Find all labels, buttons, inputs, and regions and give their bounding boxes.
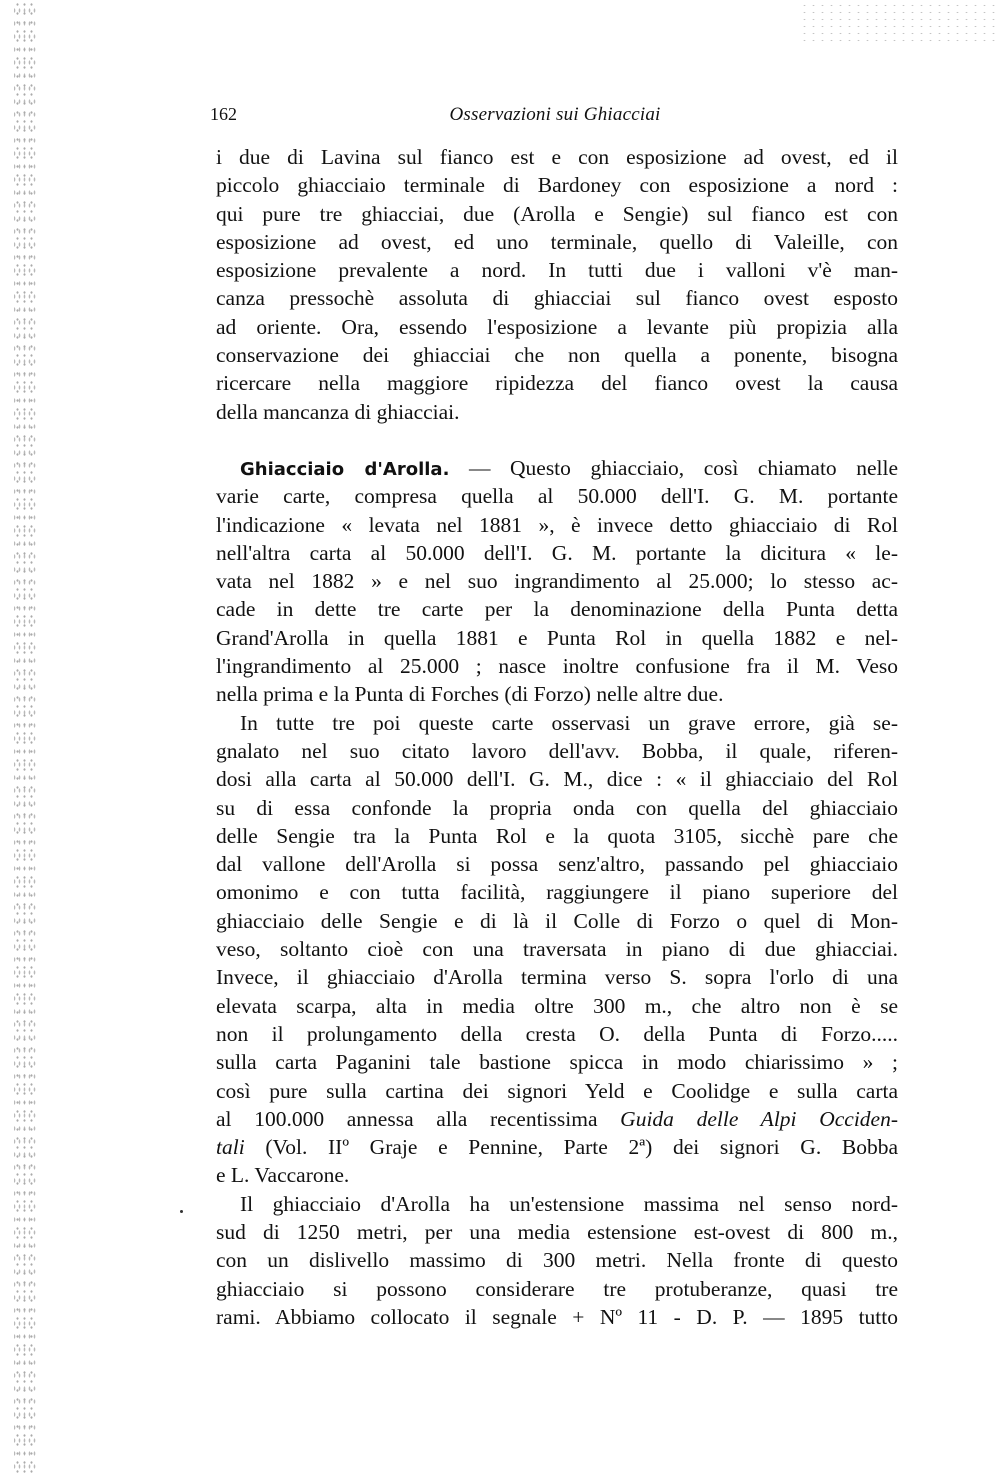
text-line: Invece, il ghiacciaio d'Arolla termina v… (216, 963, 898, 991)
scan-speck (180, 1210, 183, 1213)
text-line: al 100.000 annessa alla recentissima Gui… (216, 1105, 898, 1133)
scan-binding-noise (14, 0, 36, 1475)
text-run: al 100.000 annessa alla recentissima (216, 1107, 620, 1131)
text-line: sud di 1250 metri, per una media estensi… (216, 1218, 898, 1246)
text-line: della mancanza di ghiacciai. (216, 398, 898, 426)
paragraph-lavina: i due di Lavina sul fianco est e con esp… (216, 143, 898, 426)
section-gap (216, 426, 898, 454)
text-line: conservazione dei ghiacciai che non quel… (216, 341, 898, 369)
text-line: piccolo ghiacciaio terminale di Bardoney… (216, 171, 898, 199)
text-line: esposizione prevalente a nord. In tutti … (216, 256, 898, 284)
paragraph-carte-errore: In tutte tre poi queste carte osservasi … (216, 709, 898, 1190)
text-line: sulla carta Paganini tale bastione spicc… (216, 1048, 898, 1076)
text-line: l'indicazione « levata nel 1881 », è inv… (216, 511, 898, 539)
paragraph-ghiacciaio-arolla: Ghiacciaio d'Arolla. — Questo ghiacciaio… (216, 454, 898, 709)
text-line: canza pressochè assoluta di ghiacciai su… (216, 284, 898, 312)
text-run: (Vol. IIº Graje e Pennine, Parte 2ª) dei… (245, 1135, 898, 1159)
text-line: non il prolungamento della cresta O. del… (216, 1020, 898, 1048)
text-line: tali (Vol. IIº Graje e Pennine, Parte 2ª… (216, 1133, 898, 1161)
text-line: cade in dette tre carte per la denominaz… (216, 595, 898, 623)
text-line: elevata scarpa, alta in media oltre 300 … (216, 992, 898, 1020)
text-line: gnalato nel suo citato lavoro dell'avv. … (216, 737, 898, 765)
text-line: nella prima e la Punta di Forches (di Fo… (216, 680, 898, 708)
running-header: 162 Osservazioni sui Ghiacciai (210, 104, 900, 132)
text-line: varie carte, compresa quella al 50.000 d… (216, 482, 898, 510)
scan-top-noise (800, 2, 1000, 42)
text-line: così pure sulla cartina dei signori Yeld… (216, 1077, 898, 1105)
text-line: ghiacciaio si possono considerare tre pr… (216, 1275, 898, 1303)
text-line: delle Sengie tra la Punta Rol e la quota… (216, 822, 898, 850)
text-line: omonimo e con tutta facilità, raggiunger… (216, 878, 898, 906)
text-line: dal vallone dell'Arolla si possa senz'al… (216, 850, 898, 878)
text-line: ricercare nella maggiore ripidezza del f… (216, 369, 898, 397)
text-line: esposizione ad ovest, ed uno terminale, … (216, 228, 898, 256)
text-line: Ghiacciaio d'Arolla. — Questo ghiacciaio… (216, 454, 898, 482)
book-title-italic: Guida delle Alpi Occiden- (620, 1107, 898, 1131)
text-line: veso, soltanto cioè con una traversata i… (216, 935, 898, 963)
book-title-italic: tali (216, 1135, 245, 1159)
text-line: vata nel 1882 » e nel suo ingrandimento … (216, 567, 898, 595)
text-line: con un dislivello massimo di 300 metri. … (216, 1246, 898, 1274)
text-line: e L. Vaccarone. (216, 1161, 898, 1189)
text-line: ghiacciaio delle Sengie e di là il Colle… (216, 907, 898, 935)
running-title: Osservazioni sui Ghiacciai (210, 104, 900, 126)
text-line: i due di Lavina sul fianco est e con esp… (216, 143, 898, 171)
text-line: qui pure tre ghiacciai, due (Arolla e Se… (216, 200, 898, 228)
heading-continuation: — Questo ghiacciaio, così chiamato nelle (449, 456, 898, 480)
text-line: In tutte tre poi queste carte osservasi … (216, 709, 898, 737)
text-line: su di essa confonde la propria onda con … (216, 794, 898, 822)
text-line: Grand'Arolla in quella 1881 e Punta Rol … (216, 624, 898, 652)
text-line: Il ghiacciaio d'Arolla ha un'estensione … (216, 1190, 898, 1218)
text-line: nell'altra carta al 50.000 dell'I. G. M.… (216, 539, 898, 567)
body-text: i due di Lavina sul fianco est e con esp… (216, 143, 898, 1331)
paragraph-estensione: Il ghiacciaio d'Arolla ha un'estensione … (216, 1190, 898, 1331)
section-heading: Ghiacciaio d'Arolla. (240, 459, 449, 480)
text-line: ad oriente. Ora, essendo l'esposizione a… (216, 313, 898, 341)
scanned-book-page: 162 Osservazioni sui Ghiacciai i due di … (0, 0, 1000, 1475)
text-line: rami. Abbiamo collocato il segnale + Nº … (216, 1303, 898, 1331)
text-line: l'ingrandimento al 25.000 ; nasce inoltr… (216, 652, 898, 680)
text-line: dosi alla carta al 50.000 dell'I. G. M.,… (216, 765, 898, 793)
